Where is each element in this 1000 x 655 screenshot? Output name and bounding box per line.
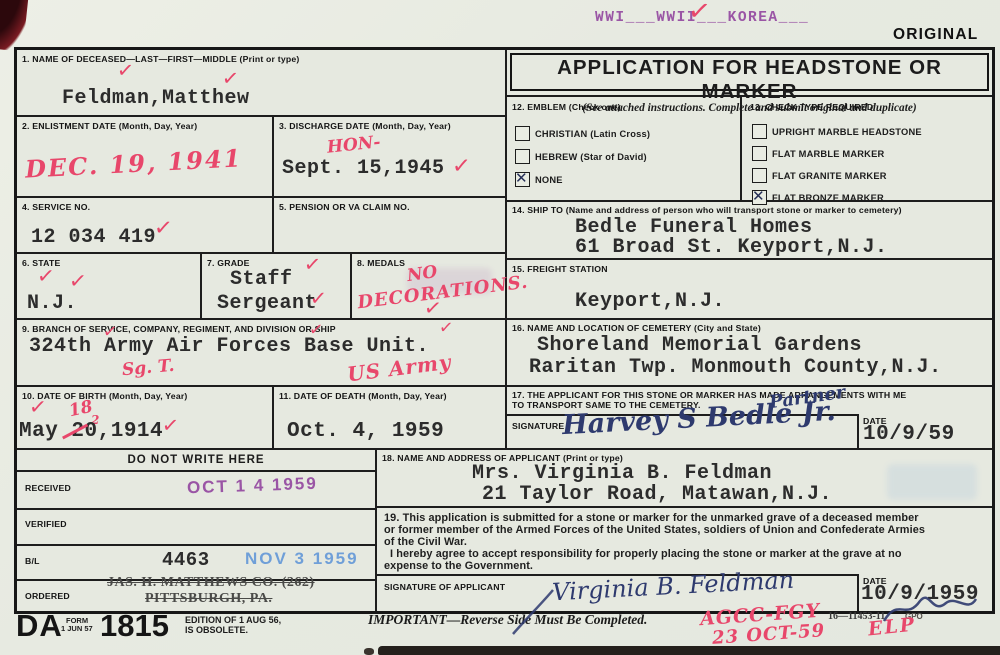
verified-label: VERIFIED xyxy=(25,519,67,529)
received-row: RECEIVED OCT 1 4 1959 xyxy=(17,472,375,510)
field-label: 2. ENLISTMENT DATE (Month, Day, Year) xyxy=(22,121,197,131)
ordered-row: ORDERED JAS. H. MATTHEWS CO. (262) PITTS… xyxy=(17,579,375,611)
field-transport-agreement: 17. THE APPLICANT FOR THIS STONE OR MARK… xyxy=(507,387,992,450)
do-not-write-here-title: DO NOT WRITE HERE xyxy=(17,450,375,472)
emblem-option-hebrew: HEBREW (Star of David) xyxy=(515,148,647,166)
da-label: DA xyxy=(16,608,63,644)
check-icon: ✓ xyxy=(221,65,240,91)
ghost-stamp xyxy=(887,464,977,500)
checkbox-label: FLAT MARBLE MARKER xyxy=(772,149,884,159)
field-label: 14. SHIP TO (Name and address of person … xyxy=(512,205,902,215)
field-enlistment-date: 2. ENLISTMENT DATE (Month, Day, Year) DE… xyxy=(17,117,274,198)
title-border: APPLICATION FOR HEADSTONE OR MARKER (See… xyxy=(510,53,989,91)
certification-text: of the Civil War. xyxy=(384,536,467,548)
check-icon: ✓ xyxy=(153,215,174,242)
checkbox-icon xyxy=(752,168,767,183)
edition-note: EDITION OF 1 AUG 56, xyxy=(185,615,281,625)
field-label: 11. DATE OF DEATH (Month, Day, Year) xyxy=(279,391,447,401)
field-label: 16. NAME AND LOCATION OF CEMETERY (City … xyxy=(512,323,761,333)
checkbox-label: HEBREW (Star of David) xyxy=(535,152,647,162)
certification-text: or former member of the Armed Forces of … xyxy=(384,524,925,536)
field-label: 13. CHECK TYPE REQUIRED xyxy=(750,102,873,112)
field-grade: 7. GRADE Staff Sergeant ✓ ✓ xyxy=(202,254,352,320)
checkbox-icon xyxy=(515,126,530,141)
check-icon: ✓ xyxy=(68,268,88,294)
check-icon: ✓ xyxy=(451,153,471,179)
field-label: 15. FREIGHT STATION xyxy=(512,264,608,274)
do-not-write-here-block: DO NOT WRITE HERE RECEIVED OCT 1 4 1959 … xyxy=(17,450,377,611)
field-value-handwritten: DEC. 19, 1941 xyxy=(24,143,243,183)
field-label: 5. PENSION OR VA CLAIM NO. xyxy=(279,202,410,212)
field-label: 17. THE APPLICANT FOR THIS STONE OR MARK… xyxy=(512,390,906,400)
date-divider xyxy=(857,574,859,611)
checkbox-label: CHRISTIAN (Latin Cross) xyxy=(535,129,650,139)
scan-corner-artifact xyxy=(0,0,29,52)
check-icon: ✓ xyxy=(309,285,327,310)
field-branch-of-service: 9. BRANCH OF SERVICE, COMPANY, REGIMENT,… xyxy=(17,320,507,387)
field-value: Keyport,N.J. xyxy=(575,290,725,313)
check-icon: ✓ xyxy=(161,412,180,438)
scan-bottom-nub xyxy=(364,648,374,655)
field-value: N.J. xyxy=(27,292,77,315)
check-icon: ✓ xyxy=(116,57,135,83)
field-ship-to: 14. SHIP TO (Name and address of person … xyxy=(507,202,992,260)
check-icon: ✓ xyxy=(28,394,48,420)
field-date-of-birth: 10. DATE OF BIRTH (Month, Day, Year) ✓ 1… xyxy=(17,387,274,450)
pen-stroke xyxy=(505,588,565,638)
type-option-flat-granite: FLAT GRANITE MARKER xyxy=(752,167,887,185)
hon-annotation: HON- xyxy=(326,132,381,157)
original-label: ORIGINAL xyxy=(893,26,978,44)
headstone-application-form: 1. NAME OF DECEASED—LAST—FIRST—MIDDLE (P… xyxy=(14,47,995,614)
matthews-co-stamp: JAS. H. MATTHEWS CO. (262) xyxy=(107,575,315,591)
date-divider xyxy=(857,414,859,450)
checkbox-icon xyxy=(515,149,530,164)
checkbox-icon xyxy=(752,146,767,161)
field-emblem: 12. EMBLEM (Check one) CHRISTIAN (Latin … xyxy=(507,97,742,202)
field-medals: 8. MEDALS NO DECORATIONS. ✓ xyxy=(352,254,507,320)
field-value: Sept. 15,1945 xyxy=(282,157,445,180)
field-applicant-name-address: 18. NAME AND ADDRESS OF APPLICANT (Print… xyxy=(377,450,992,508)
field-value: Sergeant xyxy=(217,292,317,315)
check-icon: ✓ xyxy=(438,317,454,338)
bl-number: 4463 xyxy=(162,549,210,571)
type-option-flat-marble: FLAT MARBLE MARKER xyxy=(752,145,884,163)
field-value: Feldman,Matthew xyxy=(62,87,250,110)
field-value: 21 Taylor Road, Matawan,N.J. xyxy=(482,483,832,506)
checkbox-mark: ✕ xyxy=(515,169,528,187)
field-cemetery: 16. NAME AND LOCATION OF CEMETERY (City … xyxy=(507,320,992,387)
verified-row: VERIFIED xyxy=(17,508,375,546)
signature-label: SIGNATURE OF APPLICANT xyxy=(384,582,505,592)
ordered-label: ORDERED xyxy=(25,591,70,601)
checkbox-icon xyxy=(752,124,767,139)
received-label: RECEIVED xyxy=(25,483,71,493)
applicant-signature: Virginia B. Feldman xyxy=(551,566,794,607)
field-label: 12. EMBLEM (Check one) xyxy=(512,102,621,112)
check-icon: ✓ xyxy=(102,321,118,342)
form-number: 1815 xyxy=(100,608,169,644)
field-date-of-death: 11. DATE OF DEATH (Month, Day, Year) Oct… xyxy=(274,387,507,450)
emblem-option-none: ✕NONE xyxy=(515,171,563,189)
form-title-block: APPLICATION FOR HEADSTONE OR MARKER (See… xyxy=(507,50,992,97)
signature-label: SIGNATURE xyxy=(512,421,564,431)
field-value: Raritan Twp. Monmouth County,N.J. xyxy=(529,356,942,379)
checkbox-icon: ✕ xyxy=(515,172,530,187)
field-label: 9. BRANCH OF SERVICE, COMPANY, REGIMENT,… xyxy=(22,324,336,334)
certification-text: 19. This application is submitted for a … xyxy=(384,512,919,524)
field-freight-station: 15. FREIGHT STATION Keyport,N.J. xyxy=(507,260,992,320)
field-label: 4. SERVICE NO. xyxy=(22,202,90,212)
scan-bottom-band xyxy=(378,646,1000,655)
checkbox-label: FLAT GRANITE MARKER xyxy=(772,171,887,181)
field-value: 324th Army Air Forces Base Unit. xyxy=(29,335,429,358)
field-value: May 20,1914 xyxy=(19,420,163,443)
field-check-type-required: 13. CHECK TYPE REQUIRED UPRIGHT MARBLE H… xyxy=(742,97,992,202)
checkbox-label: NONE xyxy=(535,175,563,185)
matthews-co-stamp: PITTSBURGH, PA. xyxy=(145,591,272,607)
field-service-no: 4. SERVICE NO. 12 034 419 ✓ xyxy=(17,198,274,254)
field-label: 3. DISCHARGE DATE (Month, Day, Year) xyxy=(279,121,451,131)
edition-note: IS OBSOLETE. xyxy=(185,625,248,635)
field-pension-claim-no: 5. PENSION OR VA CLAIM NO. xyxy=(274,198,507,254)
field-value: 61 Broad St. Keyport,N.J. xyxy=(575,236,888,259)
field-value: Mrs. Virginia B. Feldman xyxy=(472,462,772,485)
checkbox-label: UPRIGHT MARBLE HEADSTONE xyxy=(772,127,922,137)
form-date: 1 JUN 57 xyxy=(61,624,93,633)
check-icon: ✓ xyxy=(308,319,324,340)
certification-text: expense to the Government. xyxy=(384,560,533,572)
field-value: Shoreland Memorial Gardens xyxy=(537,334,862,357)
check-icon: ✓ xyxy=(303,251,322,277)
received-date-stamp: OCT 1 4 1959 xyxy=(187,474,318,499)
type-option-upright-marble: UPRIGHT MARBLE HEADSTONE xyxy=(752,123,922,141)
certification-text: I hereby agree to accept responsibility … xyxy=(390,548,902,560)
field-label: 1. NAME OF DECEASED—LAST—FIRST—MIDDLE (P… xyxy=(22,54,300,64)
field-discharge-date: 3. DISCHARGE DATE (Month, Day, Year) HON… xyxy=(274,117,507,198)
check-icon: ✓ xyxy=(36,263,56,289)
field-value: 12 034 419 xyxy=(31,226,156,249)
field-value: Oct. 4, 1959 xyxy=(287,420,444,443)
emblem-option-christian: CHRISTIAN (Latin Cross) xyxy=(515,125,650,143)
field-label: 7. GRADE xyxy=(207,258,250,268)
field-state: 6. STATE ✓ ✓ N.J. xyxy=(17,254,202,320)
field-name-of-deceased: 1. NAME OF DECEASED—LAST—FIRST—MIDDLE (P… xyxy=(17,50,507,117)
field-value: Staff xyxy=(230,268,293,291)
date-value: 10/9/59 xyxy=(863,423,955,446)
field-label: 8. MEDALS xyxy=(357,258,405,268)
sgt-annotation: Sg. T. xyxy=(121,356,175,380)
war-period-check-icon: ✓ xyxy=(686,0,713,28)
bl-label: B/L xyxy=(25,556,40,566)
bl-date-stamp: NOV 3 1959 xyxy=(245,549,359,569)
pen-scribble xyxy=(880,593,980,628)
